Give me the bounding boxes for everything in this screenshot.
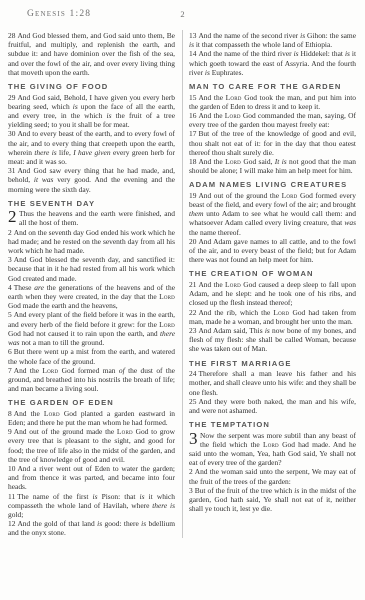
verse-number: 5 — [8, 310, 14, 319]
verse-paragraph: 12And the gold of that land is good: the… — [8, 519, 175, 537]
verse-number: 31 — [8, 166, 17, 175]
verse-number: 13 — [189, 31, 198, 40]
section-heading: MAN TO CARE FOR THE GARDEN — [189, 82, 356, 92]
lord-smallcaps: Lord — [263, 440, 279, 449]
section-heading: THE FIRST MARRIAGE — [189, 359, 356, 369]
verse-paragraph: 28And God blessed them, and God said unt… — [8, 31, 175, 77]
verse-paragraph: 21And the Lord God caused a deep sleep t… — [189, 280, 356, 308]
chapter-paragraph: 2Thus the heavens and the earth were fin… — [8, 209, 175, 227]
lord-smallcaps: Lord — [282, 191, 298, 200]
bible-page: Genesis 1:28 2 28And God blessed them, a… — [0, 0, 365, 600]
lord-smallcaps: Lord — [42, 366, 58, 375]
verse-number: 17 — [189, 129, 198, 138]
verse-paragraph: 30And to every beast of the earth, and t… — [8, 129, 175, 166]
verse-paragraph: 29And God said, Behold, I have given you… — [8, 93, 175, 130]
verse-number: 16 — [189, 111, 198, 120]
verse-paragraph: 22And the rib, which the Lord God had ta… — [189, 308, 356, 326]
verse-number: 28 — [8, 31, 17, 40]
verse-number: 18 — [189, 157, 198, 166]
section-heading: THE GIVING OF FOOD — [8, 82, 175, 92]
verse-number: 7 — [8, 366, 14, 375]
verse-paragraph: 2And the woman said unto the serpent, We… — [189, 467, 356, 485]
left-column: 28And God blessed them, and God said unt… — [8, 28, 175, 538]
verse-paragraph: 24Therefore shall a man leave his father… — [189, 369, 356, 397]
verse-paragraph: 6But there went up a mist from the earth… — [8, 347, 175, 365]
lord-smallcaps: Lord — [44, 409, 60, 418]
text-columns: 28And God blessed them, and God said unt… — [8, 28, 357, 538]
verse-number: 29 — [8, 93, 17, 102]
verse-paragraph: 10And a river went out of Eden to water … — [8, 464, 175, 492]
verse-number: 12 — [8, 519, 17, 528]
verse-number: 3 — [8, 255, 14, 264]
verse-number: 20 — [189, 237, 198, 246]
verse-number: 3 — [189, 486, 195, 495]
lord-smallcaps: Lord — [159, 292, 175, 301]
verse-paragraph: 17But of the tree of the knowledge of go… — [189, 129, 356, 157]
verse-paragraph: 3And God blessed the seventh day, and sa… — [8, 255, 175, 283]
verse-paragraph: 13And the name of the second river is Gi… — [189, 31, 356, 49]
verse-number: 2 — [189, 467, 195, 476]
verse-paragraph: 4These are the generations of the heaven… — [8, 283, 175, 311]
verse-paragraph: 14And the name of the third river is Hid… — [189, 49, 356, 77]
verse-number: 2 — [8, 228, 14, 237]
lord-smallcaps: Lord — [117, 427, 133, 436]
verse-number: 21 — [189, 280, 198, 289]
verse-paragraph: 31And God saw every thing that he had ma… — [8, 166, 175, 194]
verse-paragraph: 18And the Lord God said, It is not good … — [189, 157, 356, 175]
section-heading: THE SEVENTH DAY — [8, 199, 175, 209]
section-heading: ADAM NAMES LIVING CREATURES — [189, 180, 356, 190]
verse-paragraph: 2And on the seventh day God ended his wo… — [8, 228, 175, 256]
verse-number: 23 — [189, 326, 198, 335]
verse-paragraph: 16And the Lord God commanded the man, sa… — [189, 111, 356, 129]
verse-number: 24 — [189, 369, 198, 378]
verse-paragraph: 8And the Lord God planted a garden eastw… — [8, 409, 175, 427]
verse-paragraph: 23And Adam said, This is now bone of my … — [189, 326, 356, 354]
section-heading: THE GARDEN OF EDEN — [8, 398, 175, 408]
lord-smallcaps: Lord — [273, 308, 289, 317]
lord-smallcaps: Lord — [225, 157, 241, 166]
chapter-paragraph: 3Now the serpent was more subtil than an… — [189, 431, 356, 468]
right-column: 13And the name of the second river is Gi… — [189, 28, 356, 538]
chapter-number: 3 — [189, 431, 200, 447]
verse-paragraph: 20And Adam gave names to all cattle, and… — [189, 237, 356, 265]
lord-smallcaps: Lord — [225, 280, 241, 289]
verse-number: 14 — [189, 49, 198, 58]
section-heading: THE TEMPTATION — [189, 420, 356, 430]
verse-paragraph: 25And they were both naked, the man and … — [189, 397, 356, 415]
verse-number: 8 — [8, 409, 14, 418]
verse-number: 19 — [189, 191, 198, 200]
section-heading: THE CREATION OF WOMAN — [189, 269, 356, 279]
page-number: 2 — [0, 9, 365, 19]
verse-number: 10 — [8, 464, 17, 473]
verse-paragraph: 19And out of the ground the Lord God for… — [189, 191, 356, 237]
lord-smallcaps: Lord — [225, 111, 241, 120]
verse-number: 4 — [8, 283, 14, 292]
verse-number: 22 — [189, 308, 198, 317]
verse-paragraph: 5And every plant of the field before it … — [8, 310, 175, 347]
verse-number: 11 — [8, 492, 17, 501]
verse-paragraph: 7And the Lord God formed man of the dust… — [8, 366, 175, 394]
column-divider — [182, 30, 183, 538]
verse-number: 30 — [8, 129, 17, 138]
verse-paragraph: 9And out of the ground made the Lord God… — [8, 427, 175, 464]
verse-paragraph: 3But of the fruit of the tree which is i… — [189, 486, 356, 514]
chapter-number: 2 — [8, 209, 19, 225]
lord-smallcaps: Lord — [226, 93, 242, 102]
lord-smallcaps: Lord — [159, 320, 175, 329]
verse-number: 9 — [8, 427, 14, 436]
verse-paragraph: 15And the Lord God took the man, and put… — [189, 93, 356, 111]
verse-number: 15 — [189, 93, 198, 102]
verse-paragraph: 11The name of the first is Pison: that i… — [8, 492, 175, 520]
verse-number: 25 — [189, 397, 198, 406]
verse-number: 6 — [8, 347, 14, 356]
